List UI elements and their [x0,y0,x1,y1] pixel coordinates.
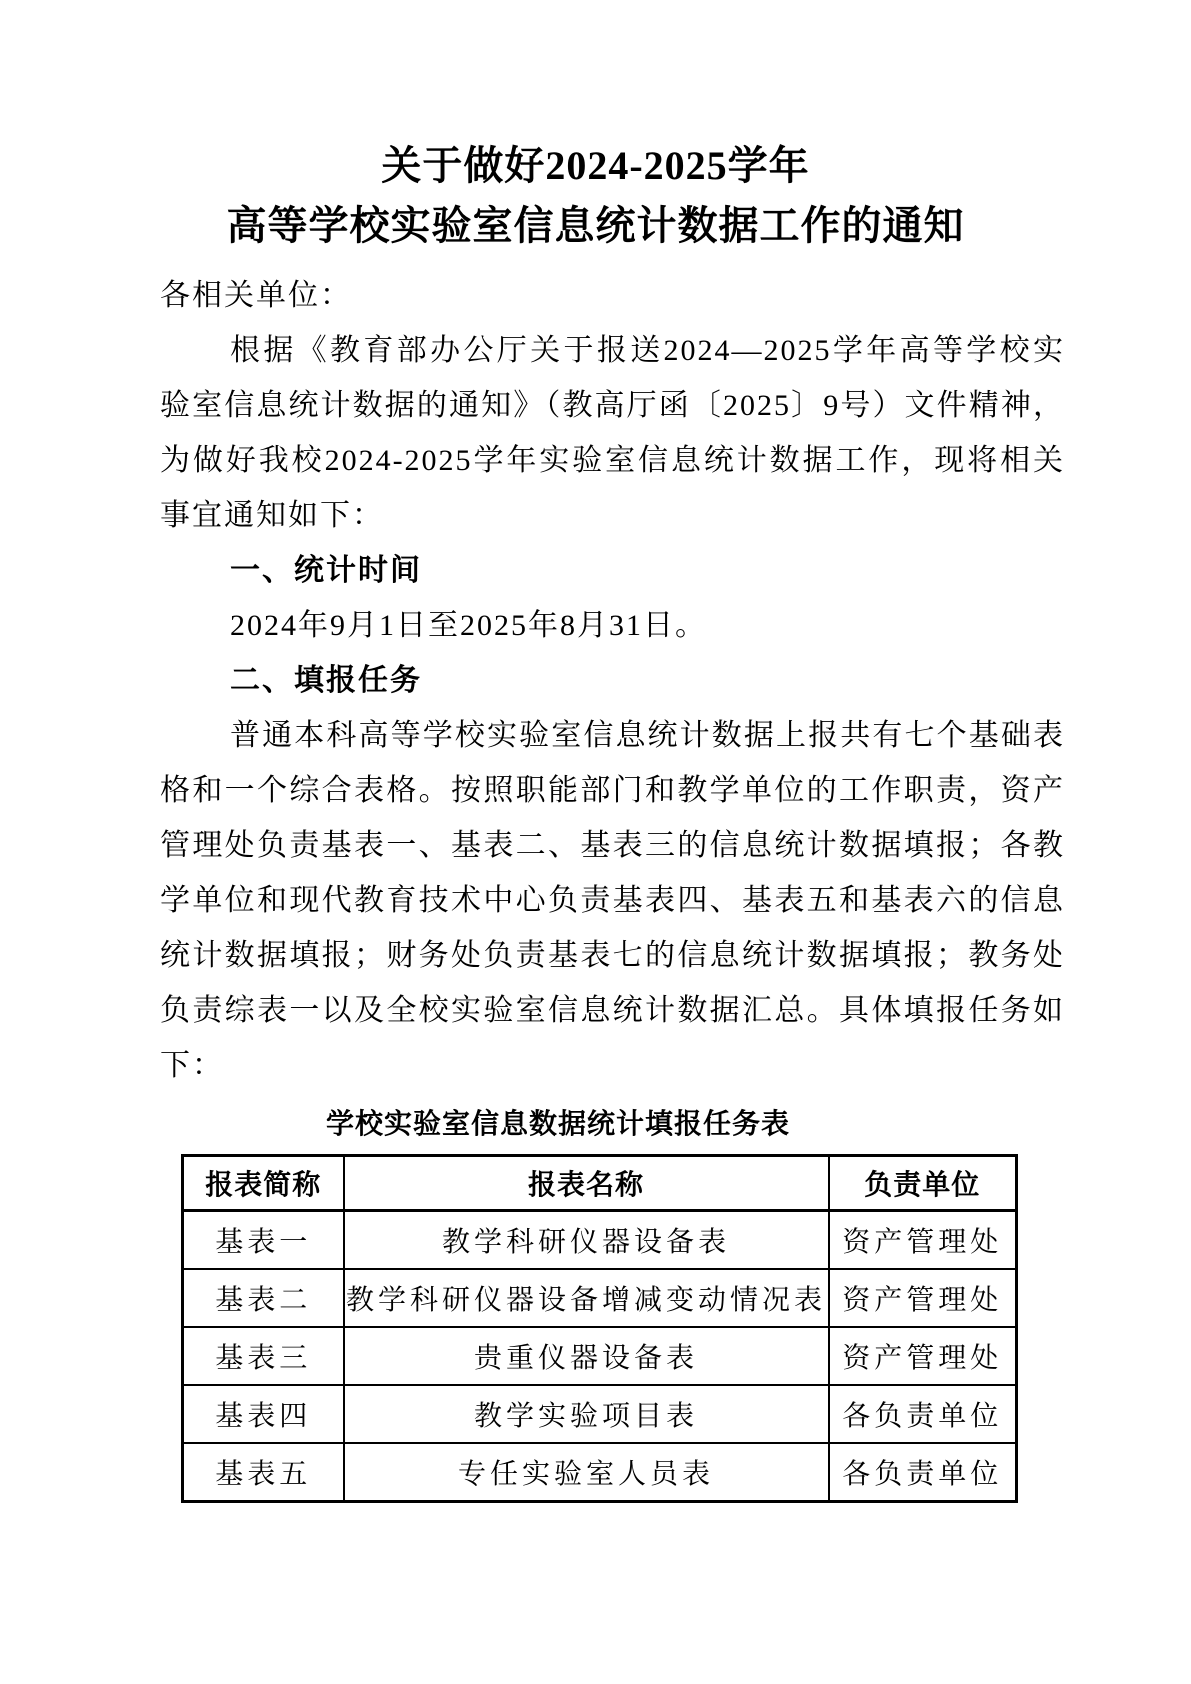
cell-report-short-name: 基表一 [183,1211,344,1270]
task-table-body: 基表一 教学科研仪器设备表 资产管理处 基表二 教学科研仪器设备增减变动情况表 … [183,1211,1017,1502]
header-cell-short-name: 报表简称 [183,1156,344,1211]
task-table: 报表简称 报表名称 负责单位 基表一 教学科研仪器设备表 资产管理处 基表二 教… [181,1154,1018,1503]
table-header-row: 报表简称 报表名称 负责单位 [183,1156,1017,1211]
table-row: 基表四 教学实验项目表 各负责单位 [183,1385,1017,1443]
task-table-header: 报表简称 报表名称 负责单位 [183,1156,1017,1211]
table-row: 基表三 贵重仪器设备表 资产管理处 [183,1327,1017,1385]
document-body: 各相关单位： 根据《教育部办公厅关于报送2024—2025学年高等学校实验室信息… [160,268,1065,1093]
cell-report-full-name: 教学科研仪器设备表 [344,1211,829,1270]
document-title: 关于做好2024-2025学年 高等学校实验室信息统计数据工作的通知 [0,136,1191,256]
section-body-1: 2024年9月1日至2025年8月31日。 [160,598,1065,653]
document-title-line-1: 关于做好2024-2025学年 [0,136,1191,196]
cell-report-full-name: 专任实验室人员表 [344,1443,829,1502]
cell-report-short-name: 基表二 [183,1269,344,1327]
salutation: 各相关单位： [160,268,1065,323]
section-heading-2: 二、填报任务 [160,653,1065,708]
cell-report-short-name: 基表四 [183,1385,344,1443]
cell-report-full-name: 贵重仪器设备表 [344,1327,829,1385]
header-cell-full-name: 报表名称 [344,1156,829,1211]
header-cell-unit: 负责单位 [829,1156,1017,1211]
table-row: 基表二 教学科研仪器设备增减变动情况表 资产管理处 [183,1269,1017,1327]
cell-report-full-name: 教学实验项目表 [344,1385,829,1443]
cell-responsible-unit: 资产管理处 [829,1327,1017,1385]
cell-report-short-name: 基表三 [183,1327,344,1385]
section-body-2: 普通本科高等学校实验室信息统计数据上报共有七个基础表格和一个综合表格。按照职能部… [160,708,1065,1093]
table-caption: 学校实验室信息数据统计填报任务表 [326,1100,790,1150]
document-page: 关于做好2024-2025学年 高等学校实验室信息统计数据工作的通知 各相关单位… [0,0,1191,1684]
cell-responsible-unit: 资产管理处 [829,1211,1017,1270]
table-row: 基表五 专任实验室人员表 各负责单位 [183,1443,1017,1502]
intro-paragraph: 根据《教育部办公厅关于报送2024—2025学年高等学校实验室信息统计数据的通知… [160,323,1065,543]
cell-report-short-name: 基表五 [183,1443,344,1502]
cell-report-full-name: 教学科研仪器设备增减变动情况表 [344,1269,829,1327]
table-row: 基表一 教学科研仪器设备表 资产管理处 [183,1211,1017,1270]
cell-responsible-unit: 各负责单位 [829,1443,1017,1502]
cell-responsible-unit: 各负责单位 [829,1385,1017,1443]
cell-responsible-unit: 资产管理处 [829,1269,1017,1327]
document-title-line-2: 高等学校实验室信息统计数据工作的通知 [0,196,1191,256]
section-heading-1: 一、统计时间 [160,543,1065,598]
